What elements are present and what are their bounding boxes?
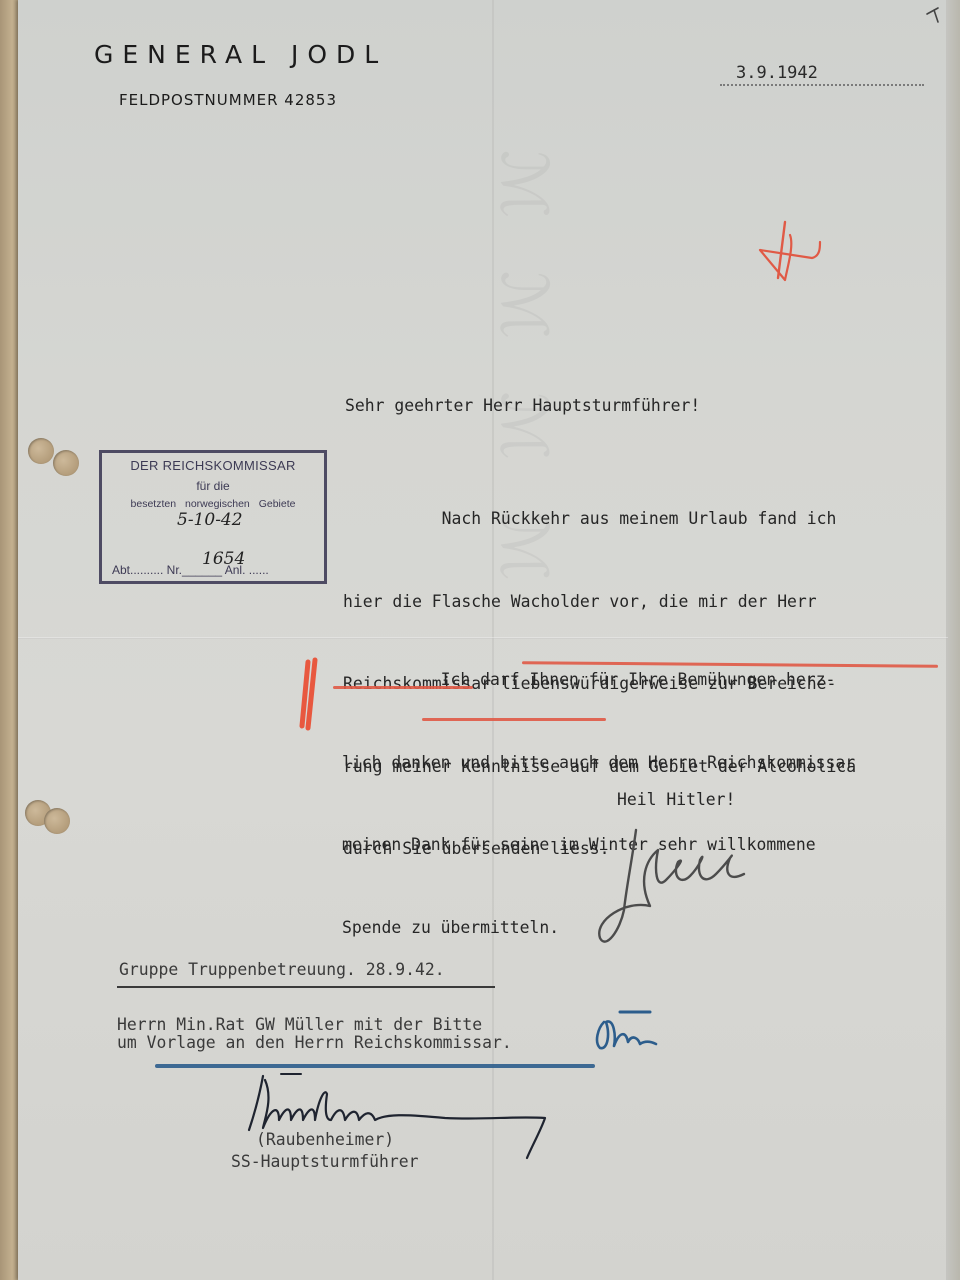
- paragraph-2-line: Ich darf Ihnen für Ihre Bemühungen herz-: [342, 666, 855, 694]
- stamp-received-date: 5-10-42: [177, 510, 243, 530]
- paragraph-2-line: lich danken und bitte auch dem Herrn Rei…: [342, 749, 855, 777]
- punch-hole: [53, 450, 79, 476]
- letter-date: 3.9.1942: [736, 63, 818, 83]
- signer-rank: SS-Hauptsturmführer: [231, 1152, 419, 1171]
- feldpost-number: FELDPOSTNUMMER 42853: [119, 91, 337, 109]
- jodl-signature: [596, 820, 756, 954]
- letterhead-name: GENERAL JODL: [94, 40, 387, 69]
- date-dotted-line: [720, 84, 924, 86]
- stamp-title: DER REICHSKOMMISSAR: [102, 458, 324, 473]
- annotation-header: Gruppe Truppenbetreuung. 28.9.42.: [119, 960, 445, 979]
- signer-name: (Raubenheimer): [256, 1130, 394, 1149]
- punch-hole: [44, 808, 70, 834]
- annotation-line-2: um Vorlage an den Herrn Reichskommissar.: [117, 1033, 512, 1052]
- receipt-stamp: DER REICHSKOMMISSAR für die besetzten no…: [99, 450, 327, 584]
- closing: Heil Hitler!: [617, 786, 735, 814]
- salutation: Sehr geehrter Herr Hauptsturmführer!: [345, 392, 700, 420]
- red-underline: [333, 686, 473, 689]
- annotation-line-1: Herrn Min.Rat GW Müller mit der Bitte: [117, 1015, 482, 1034]
- paragraph-1-line: Nach Rückkehr aus meinem Urlaub fand ich: [343, 505, 856, 533]
- stamp-line3: besetzten norwegischen Gebiete: [102, 498, 324, 510]
- red-underline: [422, 718, 606, 721]
- pencil-tick-icon: [924, 4, 944, 30]
- red-check-mark-icon: [750, 220, 830, 294]
- paper-edge: [946, 0, 960, 1280]
- red-margin-bar-icon: [296, 656, 322, 736]
- stamp-footer: Abt.......... Nr.______ Anl. ......: [112, 563, 269, 577]
- punch-hole: [28, 438, 54, 464]
- annotation-header-underline: [117, 986, 495, 988]
- stamp-line2: für die: [102, 479, 324, 493]
- blue-initial-signature: [590, 1008, 680, 1062]
